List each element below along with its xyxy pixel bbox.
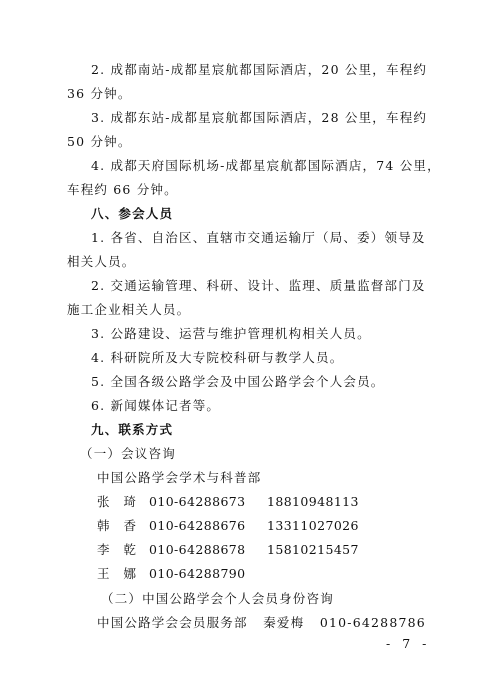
contact-name: 王娜 [97, 566, 149, 582]
section-9-heading: 九、联系方式 [91, 422, 413, 438]
transport-item-2-line1: 2. 成都南站-成都星宸航都国际酒店，20 公里，车程约 [91, 62, 413, 78]
transport-item-2-line2: 36 分钟。 [67, 86, 413, 102]
contact-row: 李乾010-6428867815810215457 [97, 542, 443, 558]
contact-phone: 010-64288676 [149, 518, 267, 534]
attendee-item-2-line1: 2. 交通运输管理、科研、设计、监理、质量监督部门及 [91, 278, 413, 294]
transport-item-4-line2: 车程约 66 分钟。 [67, 182, 413, 198]
transport-item-3-line1: 3. 成都东站-成都星宸航都国际酒店，28 公里，车程约 [91, 110, 413, 126]
attendee-item-2-line2: 施工企业相关人员。 [67, 302, 413, 318]
subsection-2-heading: （二）中国公路学会个人会员身份咨询 [101, 591, 447, 607]
contact-row: 韩香010-6428867613311027026 [97, 518, 443, 534]
contact-row: 王娜010-64288790 [97, 566, 443, 582]
attendee-item-1-line2: 相关人员。 [67, 254, 413, 270]
contact-phone: 010-64288678 [149, 542, 267, 558]
contact-mobile: 18810948113 [267, 494, 359, 510]
attendee-item-1-line1: 1. 各省、自治区、直辖市交通运输厅（局、委）领导及 [91, 230, 413, 246]
contact-phone: 010-64288790 [149, 566, 267, 582]
subsection-1-heading: （一）会议咨询 [80, 446, 426, 462]
attendee-item-6: 6. 新闻媒体记者等。 [91, 398, 413, 414]
attendee-item-5: 5. 全国各级公路学会及中国公路学会个人会员。 [91, 374, 413, 390]
contact-name: 韩香 [97, 518, 149, 534]
contact-name: 李乾 [97, 542, 149, 558]
contact-name: 张琦 [97, 494, 149, 510]
contact-phone: 010-64288673 [149, 494, 267, 510]
page-number: - 7 - [386, 636, 430, 651]
member-service-contact: 中国公路学会会员服务部 秦爱梅 010-64288786 [97, 615, 443, 631]
attendee-item-3: 3. 公路建设、运营与维护管理机构相关人员。 [91, 326, 413, 342]
transport-item-3-line2: 50 分钟。 [67, 134, 413, 150]
contact-mobile: 15810215457 [267, 542, 359, 558]
transport-item-4-line1: 4. 成都天府国际机场-成都星宸航都国际酒店，74 公里， [91, 158, 413, 174]
department-name: 中国公路学会学术与科普部 [97, 470, 443, 486]
attendee-item-4: 4. 科研院所及大专院校科研与教学人员。 [91, 350, 413, 366]
contact-row: 张琦010-6428867318810948113 [97, 494, 443, 510]
contact-mobile: 13311027026 [267, 518, 359, 534]
section-8-heading: 八、参会人员 [91, 206, 413, 222]
